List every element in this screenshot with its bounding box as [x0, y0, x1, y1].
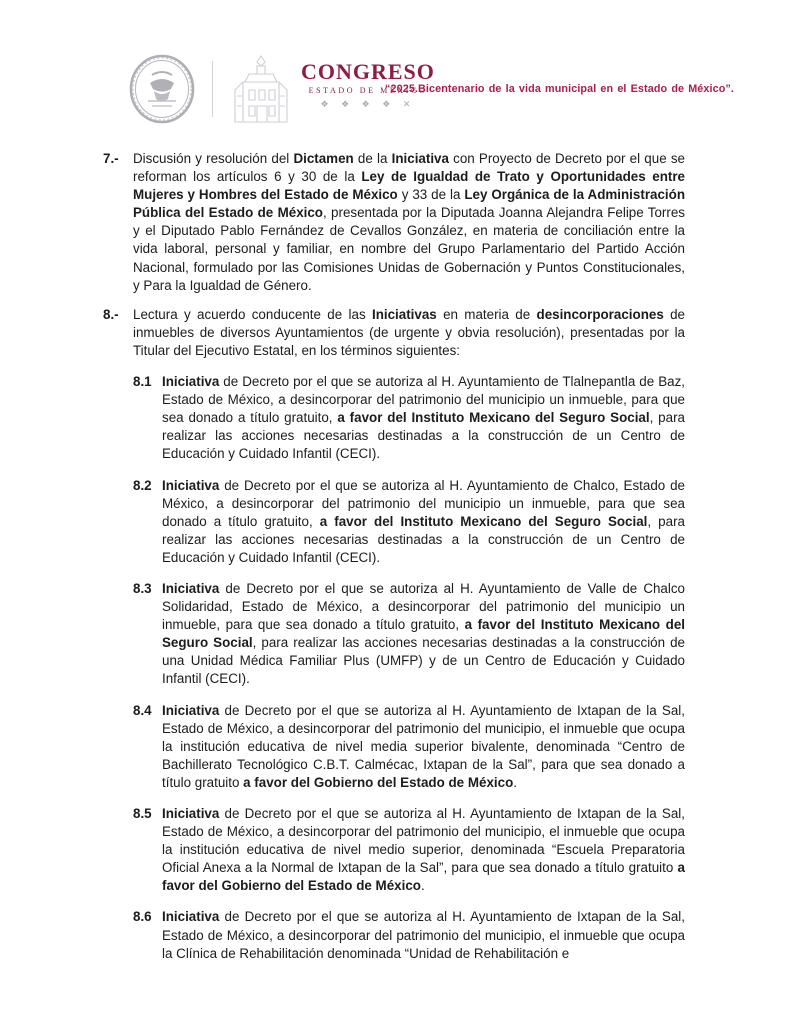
subitem-number: 8.2	[133, 477, 162, 567]
agenda-subitems: 8.1 Iniciativa de Decreto por el que se …	[133, 373, 685, 963]
agenda-item-8: 8.- Lectura y acuerdo conducente de las …	[103, 306, 685, 360]
agenda-subitem-8-6: 8.6 Iniciativa de Decreto por el que se …	[133, 908, 685, 962]
subitem-number: 8.6	[133, 908, 162, 962]
subitem-number: 8.1	[133, 373, 162, 463]
subitem-text: Iniciativa de Decreto por el que se auto…	[162, 805, 685, 895]
agenda-subitem-8-2: 8.2 Iniciativa de Decreto por el que se …	[133, 477, 685, 567]
agenda-subitem-8-5: 8.5 Iniciativa de Decreto por el que se …	[133, 805, 685, 895]
state-seal-icon	[128, 53, 196, 125]
subitem-text: Iniciativa de Decreto por el que se auto…	[162, 373, 685, 463]
item-text: Lectura y acuerdo conducente de las Inic…	[133, 306, 685, 360]
subitem-text: Iniciativa de Decreto por el que se auto…	[162, 477, 685, 567]
agenda-subitem-8-3: 8.3 Iniciativa de Decreto por el que se …	[133, 580, 685, 689]
brand-name: CONGRESO	[301, 60, 435, 84]
subitem-text: Iniciativa de Decreto por el que se auto…	[162, 702, 685, 792]
agenda-subitem-8-4: 8.4 Iniciativa de Decreto por el que se …	[133, 702, 685, 792]
agenda-subitem-8-1: 8.1 Iniciativa de Decreto por el que se …	[133, 373, 685, 463]
header-divider	[212, 61, 213, 117]
subitem-text: Iniciativa de Decreto por el que se auto…	[162, 580, 685, 689]
item-number: 8.-	[103, 306, 133, 360]
item-number: 7.-	[103, 150, 133, 295]
ornament-glyphs-icon: ❖ ❖ ❖ ❖ ✕	[321, 99, 416, 110]
subitem-number: 8.3	[133, 580, 162, 689]
document-page: CONGRESO ESTADO DE MÉXICO ❖ ❖ ❖ ❖ ✕ “202…	[0, 0, 791, 1024]
subitem-text: Iniciativa de Decreto por el que se auto…	[162, 908, 685, 962]
subitem-number: 8.4	[133, 702, 162, 792]
item-text: Discusión y resolución del Dictamen de l…	[133, 150, 685, 295]
agenda-content: 7.- Discusión y resolución del Dictamen …	[103, 150, 685, 974]
agenda-item-7: 7.- Discusión y resolución del Dictamen …	[103, 150, 685, 295]
header-motto: “2025.Bicentenario de la vida municipal …	[385, 83, 675, 95]
subitem-number: 8.5	[133, 805, 162, 895]
congress-building-icon	[229, 52, 293, 126]
